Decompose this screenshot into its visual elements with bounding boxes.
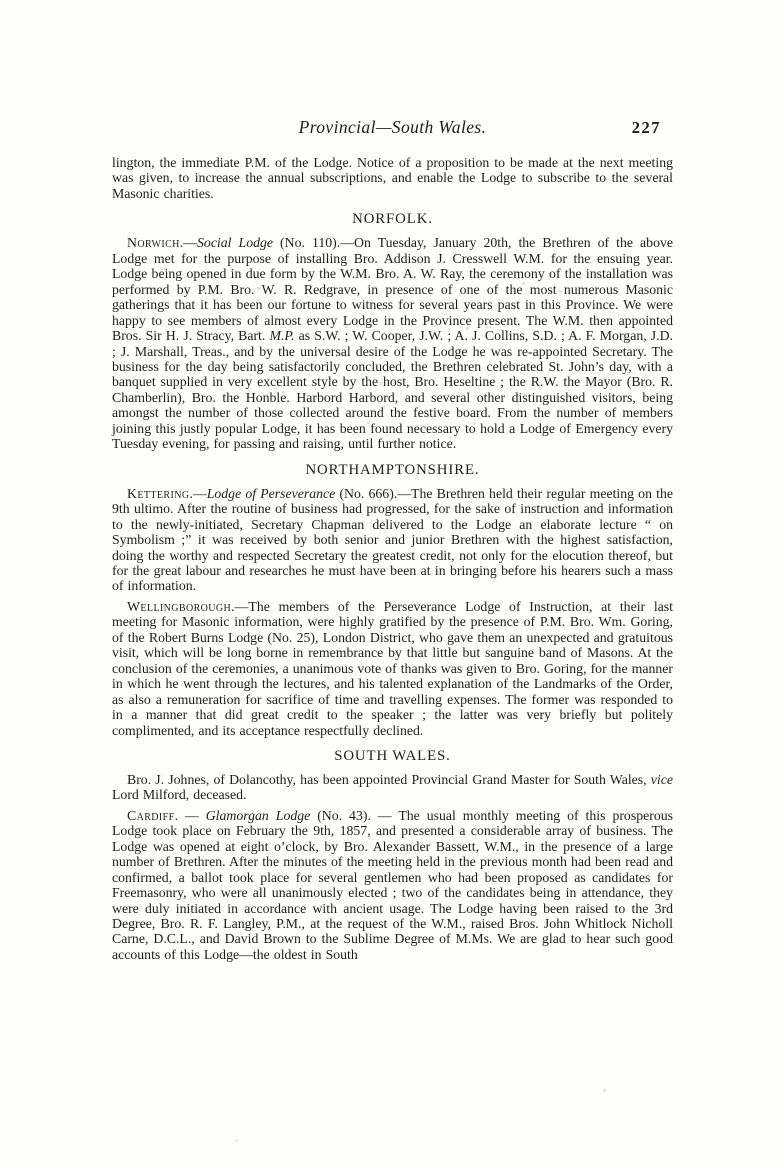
section-heading-northamptonshire: NORTHAMPTONSHIRE. — [112, 462, 673, 479]
smallcaps-run: Norwich — [127, 235, 180, 250]
running-title: Provincial—South Wales. — [112, 117, 673, 138]
italic-run: vice — [651, 772, 673, 787]
paragraph: Norwich.—Social Lodge (No. 110).—On Tues… — [112, 235, 673, 451]
paragraph: lington, the immediate P.M. of the Lodge… — [112, 155, 673, 201]
paragraph: Kettering.—Lodge of Perseverance (No. 66… — [112, 486, 673, 594]
paragraph: Wellingborough.—The members of the Perse… — [112, 599, 673, 738]
italic-run: Glamorgan Lodge — [206, 808, 311, 823]
text-run: (No. 666).—The Brethren held their regul… — [112, 486, 673, 594]
text-run: as S.W. ; W. Cooper, J.W. ; A. J. Collin… — [112, 328, 673, 451]
text-run: . — — [175, 808, 206, 823]
text-run: Bro. J. Johnes, of Dolancothy, has been … — [127, 772, 651, 787]
text-run: .— — [189, 486, 206, 501]
smallcaps-run: Wellingborough — [127, 599, 231, 614]
running-header: Provincial—South Wales. 227 — [112, 117, 673, 141]
italic-run: Social Lodge — [197, 235, 273, 250]
smallcaps-run: Kettering — [127, 486, 189, 501]
smallcaps-run: Cardiff — [127, 808, 175, 823]
scanned-page: Provincial—South Wales. 227 lington, the… — [0, 0, 783, 1167]
section-heading-south-wales: SOUTH WALES. — [112, 748, 673, 765]
section-heading-norfolk: NORFOLK. — [112, 211, 673, 228]
italic-run: Lodge of Perseverance — [207, 486, 336, 501]
text-run: (No. 43). — The usual monthly meeting of… — [112, 808, 673, 962]
text-run: .— — [180, 235, 197, 250]
page-body: lington, the immediate P.M. of the Lodge… — [112, 155, 673, 962]
page-number: 227 — [632, 118, 661, 138]
paragraph: Cardiff. — Glamorgan Lodge (No. 43). — T… — [112, 808, 673, 963]
text-run: lington, the immediate P.M. of the Lodge… — [112, 155, 673, 201]
text-run: .—The members of the Perseverance Lodge … — [112, 599, 673, 738]
text-run: Lord Milford, deceased. — [112, 787, 247, 802]
text-block: Provincial—South Wales. 227 lington, the… — [112, 117, 673, 967]
italic-run: M.P. — [269, 328, 294, 343]
text-run: (No. 110).—On Tuesday, January 20th, the… — [112, 235, 673, 343]
scan-noise-speckles — [0, 0, 1, 1]
paragraph: Bro. J. Johnes, of Dolancothy, has been … — [112, 772, 673, 803]
